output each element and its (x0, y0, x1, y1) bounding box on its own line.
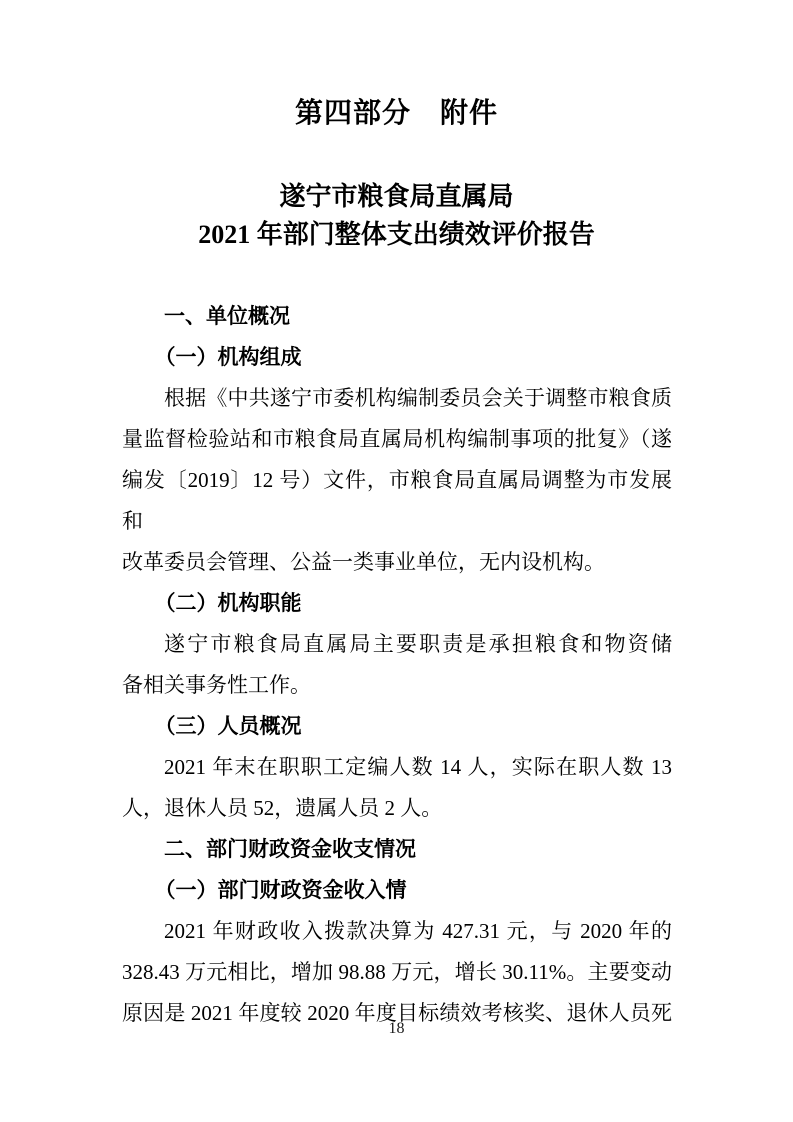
document-title: 遂宁市粮食局直属局 2021 年部门整体支出绩效评价报告 (0, 178, 793, 254)
part-title: 第四部分 附件 (0, 96, 793, 130)
document-title-line1: 遂宁市粮食局直属局 (0, 178, 793, 216)
document-title-line2: 2021 年部门整体支出绩效评价报告 (0, 216, 793, 254)
text-line: 2021 年末在职职工定编人数 14 人，实际在职人数 13 (122, 747, 672, 788)
section-heading: 二、部门财政资金收支情况 (122, 829, 672, 870)
text-line: 328.43 万元相比，增加 98.88 万元，增长 30.11%。主要变动 (122, 952, 672, 993)
text-line: 量监督检验站和市粮食局直属局机构编制事项的批复》（遂 (122, 419, 672, 460)
text-line: 编发〔2019〕12 号）文件，市粮食局直属局调整为市发展和 (122, 460, 672, 542)
subsection-heading: （一）机构组成 (122, 337, 672, 378)
text-line: 2021 年财政收入拨款决算为 427.31 元，与 2020 年的 (122, 911, 672, 952)
text-line: 人，退休人员 52，遗属人员 2 人。 (122, 788, 672, 829)
document-page: 第四部分 附件 遂宁市粮食局直属局 2021 年部门整体支出绩效评价报告 一、单… (0, 0, 793, 1122)
subsection-heading: （三）人员概况 (122, 706, 672, 747)
section-heading: 一、单位概况 (122, 296, 672, 337)
text-line: 备相关事务性工作。 (122, 665, 672, 706)
text-line: 遂宁市粮食局直属局主要职责是承担粮食和物资储 (122, 624, 672, 665)
text-line: 改革委员会管理、公益一类事业单位，无内设机构。 (122, 542, 672, 583)
text-line: 根据《中共遂宁市委机构编制委员会关于调整市粮食质 (122, 378, 672, 419)
document-body: 一、单位概况（一）机构组成根据《中共遂宁市委机构编制委员会关于调整市粮食质量监督… (122, 296, 672, 1034)
subsection-heading: （二）机构职能 (122, 583, 672, 624)
subsection-heading: （一）部门财政资金收入情 (122, 870, 672, 911)
page-number: 18 (0, 1020, 793, 1038)
